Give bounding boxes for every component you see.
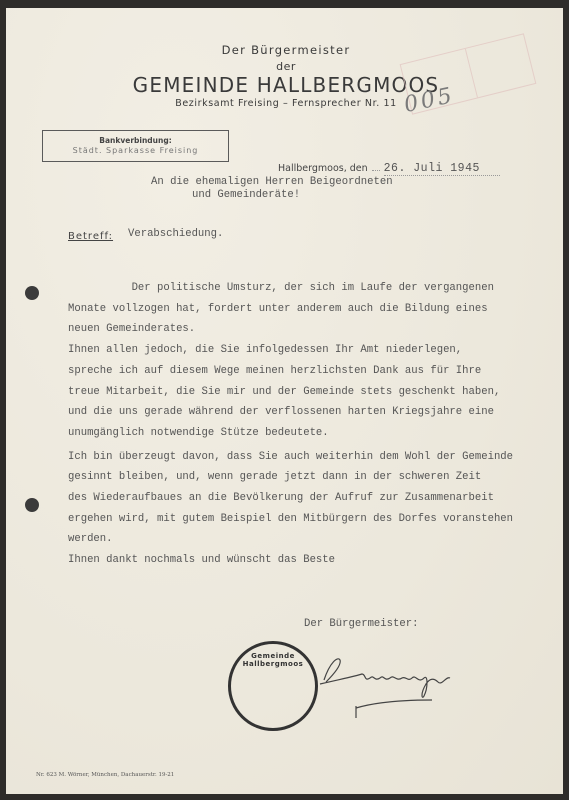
body-line: neuen Gemeinderates. [68, 319, 548, 340]
date-label: Hallbergmoos, den [278, 163, 368, 174]
date-value: 26. Juli 1945 [384, 162, 500, 176]
body-line: Monate vollzogen hat, fordert unter ande… [68, 299, 548, 320]
body-line: Der politische Umsturz, der sich im Lauf… [68, 278, 548, 299]
body-line: gesinnt bleiben, und, wenn gerade jetzt … [68, 467, 548, 488]
body-line: werden. [68, 529, 548, 550]
handwritten-signature [316, 648, 476, 723]
body-line: Ihnen allen jedoch, die Sie infolgedesse… [68, 340, 548, 361]
addressee: An die ehemaligen Herren Beigeordneten u… [151, 176, 393, 202]
addressee-line-2: und Gemeinderäte! [151, 189, 393, 202]
punch-hole-top [25, 286, 39, 300]
body-line: treue Mitarbeit, die Sie mir und der Gem… [68, 382, 548, 403]
bank-label: Bankverbindung: [43, 136, 228, 145]
signer-title: Der Bürgermeister: [304, 618, 418, 630]
subject-label: Betreff: [68, 231, 113, 242]
body-line: spreche ich auf diesem Wege meinen herzl… [68, 361, 548, 382]
date-line: Hallbergmoos, den 26. Juli 1945 [278, 158, 500, 176]
bank-value: Städt. Sparkasse Freising [43, 146, 228, 155]
seal-line-1: Gemeinde [231, 652, 315, 660]
body-line: Ihnen dankt nochmals und wünscht das Bes… [68, 550, 548, 571]
body-line: und die uns gerade während der verflosse… [68, 402, 548, 423]
body-line: unumgänglich notwendige Stütze bedeutete… [68, 423, 548, 444]
body-line: ergehen wird, mit gutem Beispiel den Mit… [68, 509, 548, 530]
bank-info-box: Bankverbindung: Städt. Sparkasse Freisin… [42, 130, 229, 162]
addressee-line-1: An die ehemaligen Herren Beigeordneten [151, 176, 393, 189]
date-dots [372, 170, 380, 171]
body-line: des Wiederaufbaues an die Bevölkerung de… [68, 488, 548, 509]
body-line: Ich bin überzeugt davon, dass Sie auch w… [68, 447, 548, 468]
subject-value: Verabschiedung. [128, 228, 223, 240]
printer-imprint: Nr. 623 M. Wörner, München, Dachauerstr.… [36, 772, 174, 778]
letter-page: Der Bürgermeister der GEMEINDE HALLBERGM… [6, 8, 563, 794]
letter-body: Der politische Umsturz, der sich im Lauf… [68, 278, 548, 571]
punch-hole-bottom [25, 498, 39, 512]
municipal-seal: Gemeinde Hallbergmoos [228, 641, 318, 731]
seal-line-2: Hallbergmoos [231, 660, 315, 668]
